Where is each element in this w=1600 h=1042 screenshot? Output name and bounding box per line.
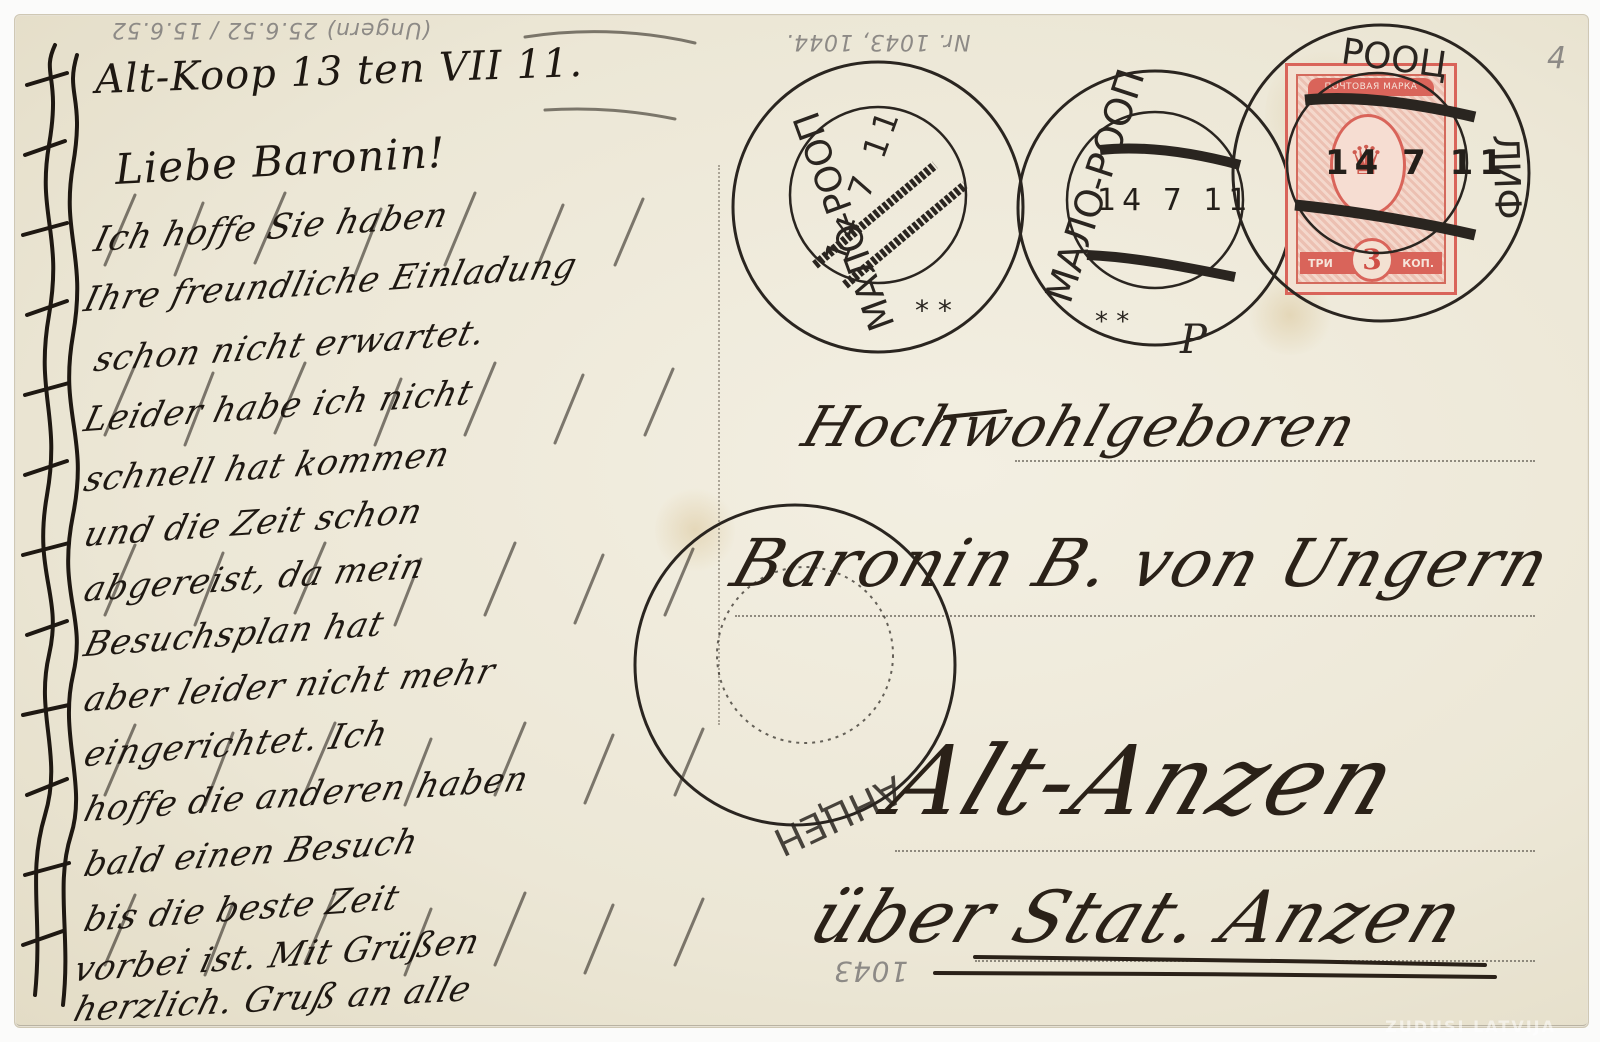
- postcard: (Ungern) 25.6.52 / 15.6.52 Nr. 1043, 104…: [14, 14, 1589, 1028]
- address-underlines: [15, 15, 1588, 1027]
- watermark: ZUDUSI LATVIJA: [1385, 1017, 1556, 1036]
- scan-background: (Ungern) 25.6.52 / 15.6.52 Nr. 1043, 104…: [0, 0, 1600, 1042]
